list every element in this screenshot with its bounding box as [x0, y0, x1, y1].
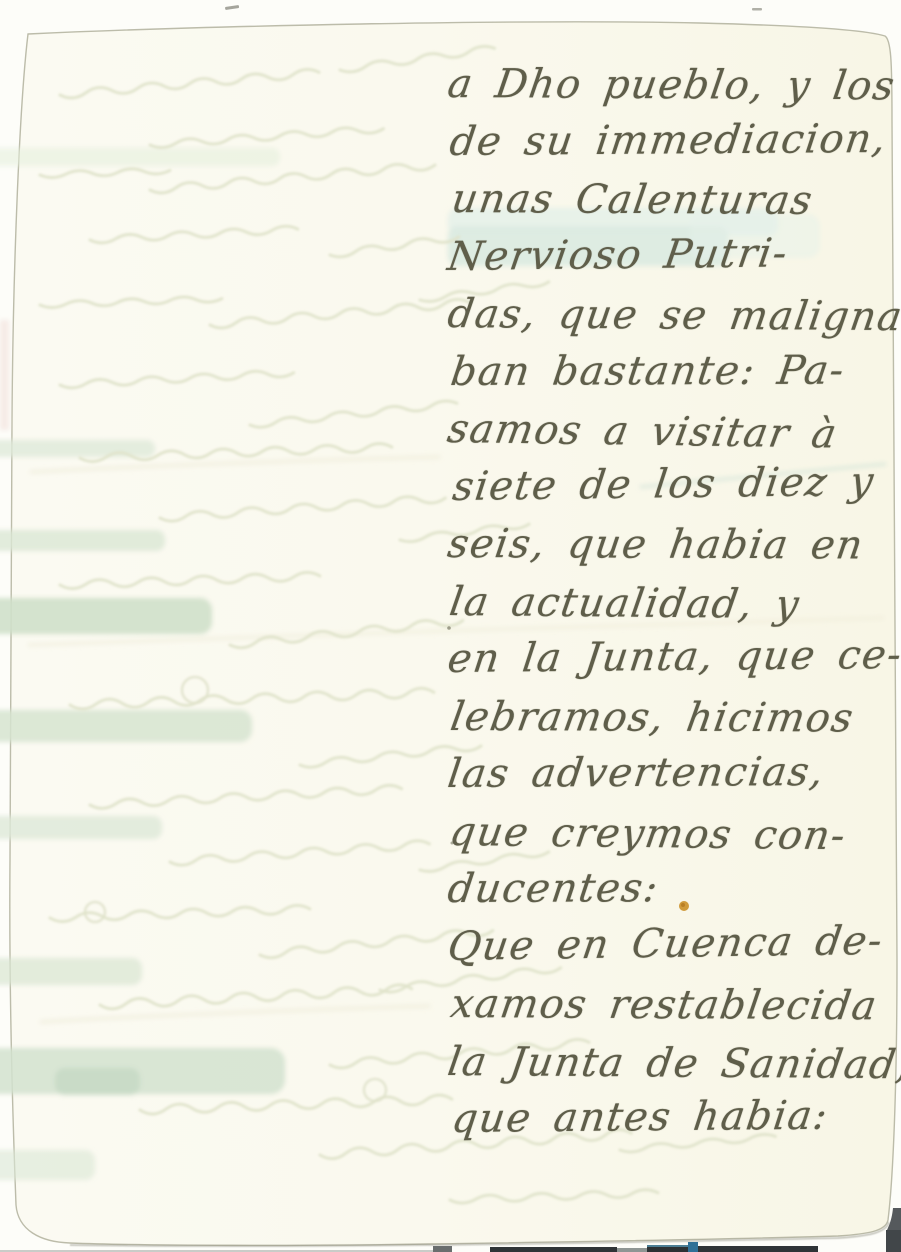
manuscript-line: seis, que habia en	[444, 516, 901, 575]
manuscript-line: en la Junta, que ce-	[444, 627, 901, 688]
manuscript-line: xamos restablecida	[447, 976, 901, 1036]
manuscript-line: ducentes:	[444, 859, 901, 918]
manuscript-line: Que en Cuenca de-	[444, 912, 901, 976]
manuscript-text: a Dho pueblo, y losde su immediacion,una…	[448, 56, 901, 1149]
manuscript-line: das, que se maligna	[444, 286, 901, 347]
manuscript-line: la Junta de Sanidad,	[444, 1034, 901, 1095]
scanned-manuscript-page: a Dho pueblo, y losde su immediacion,una…	[0, 0, 901, 1252]
manuscript-line: ban bastante: Pa-	[447, 342, 901, 401]
manuscript-line: las advertencias,	[444, 744, 901, 804]
manuscript-line: siete de los diez y	[449, 453, 901, 516]
manuscript-line: unas Calenturas	[448, 171, 901, 231]
manuscript-line: de su immediacion,	[446, 110, 901, 171]
manuscript-line: lebramos, hicimos	[446, 689, 901, 748]
manuscript-line: Nervioso Putri-	[444, 224, 901, 286]
manuscript-line: que creymos con-	[446, 804, 901, 866]
manuscript-line: que antes habia:	[448, 1087, 901, 1148]
manuscript-line: la actualidad, y	[446, 574, 901, 635]
manuscript-line: a Dho pueblo, y los	[444, 56, 901, 116]
